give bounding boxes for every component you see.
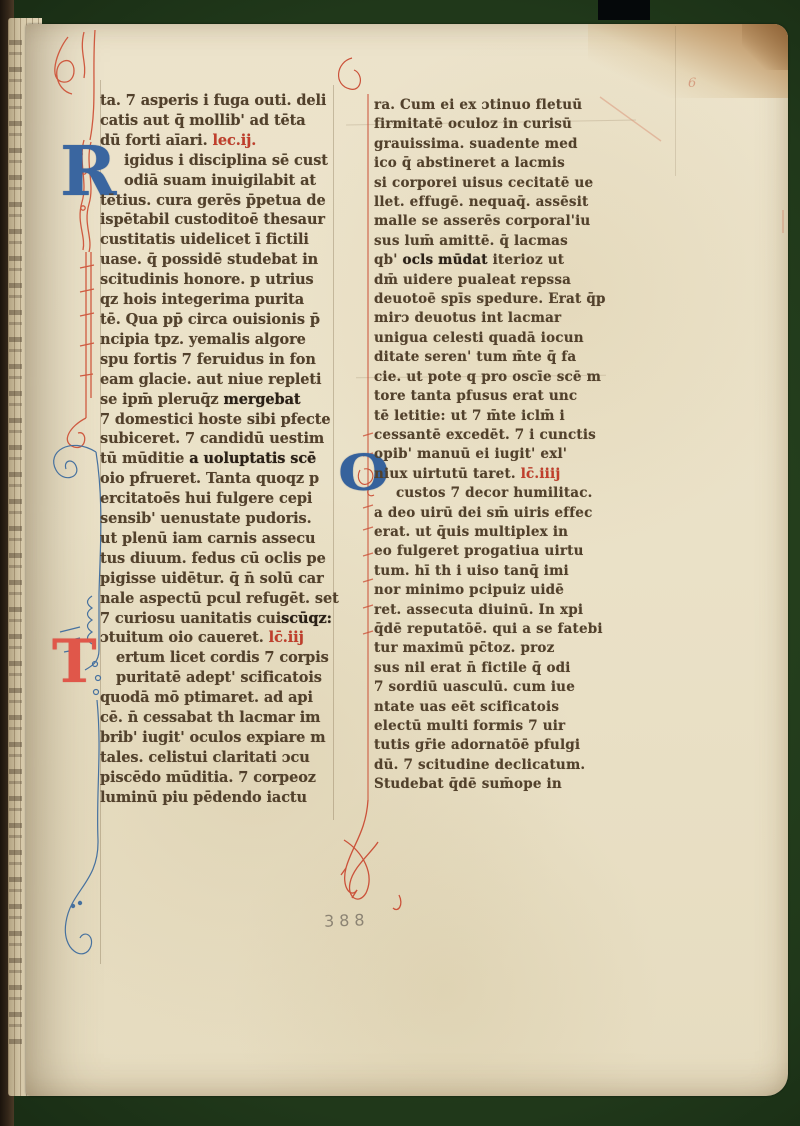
text-line: niux uirtutū taret. lc̄.iiij	[374, 465, 618, 484]
text-line: custos 7 decor humilitac.	[374, 484, 618, 503]
text-line: tētius. cura gerēs p̄petua de	[100, 191, 336, 211]
text-line: sus lum̄ amittē. q̄ lacmas	[374, 232, 618, 251]
text-line: deuotoē spīs spedure. Erat q̄p	[374, 290, 618, 309]
text-segment: tē. Qua pp̄ circa ouisionis p̄	[100, 311, 320, 328]
text-line: pigisse uidētur. q̄ n̄ solū car	[100, 569, 336, 589]
text-segment: nale aspectū pcul refugēt. set	[100, 590, 339, 607]
text-segment: electū multi formis 7 uir	[374, 718, 565, 734]
underlying-page-text-edges	[9, 40, 22, 1050]
text-line: se ipm̄ pleruq̄z mergebat	[100, 390, 336, 410]
text-line: ditate seren' tum m̄te q̄ fa	[374, 348, 618, 367]
text-segment: brib' iugit' oculos expiare m	[100, 729, 326, 746]
text-segment: a uoluptatis scē	[189, 450, 316, 467]
text-segment: ɔtuitum oio caueret.	[100, 629, 269, 646]
text-segment: deuotoē spīs spedure. Erat q̄p	[374, 291, 606, 307]
text-segment: tore tanta pfusus erat unc	[374, 388, 577, 404]
text-segment: cie. ut pote q pro oscīe scē m	[374, 369, 601, 385]
text-segment: subiceret. 7 candidū uestim	[100, 430, 324, 447]
text-line: catis aut q̄ mollib' ad tēta	[100, 111, 336, 131]
text-segment: custos 7 decor humilitac.	[396, 485, 593, 501]
text-line: subiceret. 7 candidū uestim	[100, 429, 336, 449]
text-segment: firmitatē oculoz in curisū	[374, 116, 572, 132]
text-line: tore tanta pfusus erat unc	[374, 387, 618, 406]
text-segment: ditate seren' tum m̄te q̄ fa	[374, 349, 576, 365]
text-segment: pigisse uidētur. q̄ n̄ solū car	[100, 570, 324, 587]
text-line: ɔtuitum oio caueret. lc̄.iij	[100, 628, 336, 648]
text-segment: oio pfrueret. Tanta quoqz p	[100, 470, 319, 487]
text-line: q̄dē reputatōē. qui a se fatebi	[374, 620, 618, 639]
text-segment: ocls mūdat	[403, 252, 488, 268]
text-line: si corporei uisus cecitatē ue	[374, 174, 618, 193]
text-line: llet. effugē. nequaq̄. assēsit	[374, 193, 618, 212]
text-segment: opib' manuū ei iugit' exl'	[374, 446, 567, 462]
text-line: 7 domestici hoste sibi pfecte	[100, 410, 336, 430]
text-segment: llet. effugē. nequaq̄. assēsit	[374, 194, 588, 210]
text-line: oio pfrueret. Tanta quoqz p	[100, 469, 336, 489]
text-segment: Studebat q̄dē sum̄ope in	[374, 776, 562, 792]
text-segment: uase. q̄ possidē studebat in	[100, 251, 318, 268]
text-segment: iterioz ut	[488, 252, 565, 268]
text-segment: dm̄ uidere pualeat repssa	[374, 272, 571, 288]
text-line: ntate uas eēt scificatois	[374, 698, 618, 717]
text-line: spu fortis 7 feruidus in fon	[100, 350, 336, 370]
text-segment: q̄dē reputatōē. qui a se fatebi	[374, 621, 603, 637]
folio-number: 388	[324, 910, 370, 931]
text-line: puritatē adept' scificatois	[100, 668, 336, 688]
text-segment: dū forti aīari.	[100, 132, 212, 149]
rubric-label: lec.ij.	[212, 132, 256, 149]
text-line: opib' manuū ei iugit' exl'	[374, 445, 618, 464]
text-segment: ercitatoēs hui fulgere cepi	[100, 490, 312, 507]
text-segment: puritatē adept' scificatois	[116, 669, 322, 686]
marginal-mark: 6	[688, 76, 696, 91]
text-line: grauissima. suadente med	[374, 135, 618, 154]
text-line: ut plenū iam carnis assecu	[100, 529, 336, 549]
text-line: scitudinis honore. p utrius	[100, 270, 336, 290]
text-segment: dū. 7 scitudine declicatum.	[374, 757, 585, 773]
text-line: piscēdo mūditia. 7 corpeoz	[100, 768, 336, 788]
text-line: mirɔ deuotus int lacmar	[374, 309, 618, 328]
text-segment: ret. assecuta diuinū. In xpi	[374, 602, 583, 618]
text-line: dm̄ uidere pualeat repssa	[374, 271, 618, 290]
text-segment: tē letitie: ut 7 m̄te iclm̄ i	[374, 408, 565, 424]
text-segment: tales. celistui claritati ɔcu	[100, 749, 310, 766]
text-segment: ncipia tpz. yemalis algore	[100, 331, 306, 348]
text-line: tutis gr̄ie adornatōē pfulgi	[374, 736, 618, 755]
text-line: unigua celesti quadā iocun	[374, 329, 618, 348]
text-line: ra. Cum ei ex ɔtinuo fletuū	[374, 96, 618, 115]
text-line: tū mūditie a uoluptatis scē	[100, 449, 336, 469]
text-segment: tētius. cura gerēs p̄petua de	[100, 192, 326, 209]
ruling-line-right	[675, 26, 676, 176]
text-line: 7 sordiū uasculū. cum iue	[374, 678, 618, 697]
text-segment: sensib' uenustate pudoris.	[100, 510, 312, 527]
text-line: tē. Qua pp̄ circa ouisionis p̄	[100, 310, 336, 330]
text-segment: odiā suam inuigilabit at	[124, 172, 316, 189]
text-segment: tutis gr̄ie adornatōē pfulgi	[374, 737, 580, 753]
text-segment: ut plenū iam carnis assecu	[100, 530, 315, 547]
text-line: 7 curiosu uanitatis cuiscūqz:	[100, 609, 336, 629]
text-segment: piscēdo mūditia. 7 corpeoz	[100, 769, 316, 786]
text-segment: eam glacie. aut niue repleti	[100, 371, 321, 388]
text-line: erat. ut q̄uis multiplex in	[374, 523, 618, 542]
text-segment: unigua celesti quadā iocun	[374, 330, 584, 346]
text-line: uase. q̄ possidē studebat in	[100, 250, 336, 270]
text-line: custitatis uidelicet ī fictili	[100, 230, 336, 250]
text-line: cē. n̄ cessabat th lacmar im	[100, 708, 336, 728]
text-segment: spu fortis 7 feruidus in fon	[100, 351, 316, 368]
text-segment: 7 sordiū uasculū. cum iue	[374, 679, 575, 695]
text-segment: a deo uirū dei sm̄ uiris effec	[374, 505, 593, 521]
text-segment: luminū piu pēdendo iactu	[100, 789, 307, 806]
right-text-column: ra. Cum ei ex ɔtinuo fletuūfirmitatē o…	[374, 96, 618, 795]
text-segment: sus lum̄ amittē. q̄ lacmas	[374, 233, 568, 249]
text-segment: tur maximū pc̄toz. proz	[374, 640, 554, 656]
text-line: qz hois integerima purita	[100, 290, 336, 310]
text-line: ta. 7 asperis i fuga outi. deli	[100, 91, 336, 111]
text-segment: ertum licet cordis 7 corpis	[116, 649, 329, 666]
text-segment: igidus i disciplina sē cust	[124, 152, 328, 169]
text-line: a deo uirū dei sm̄ uiris effec	[374, 504, 618, 523]
text-segment: niux uirtutū taret.	[374, 466, 521, 482]
text-segment: catis aut q̄ mollib' ad tēta	[100, 112, 306, 129]
corner-stain-dark	[742, 24, 788, 70]
text-segment: erat. ut q̄uis multiplex in	[374, 524, 568, 540]
text-line: ispētabil custoditoē thesaur	[100, 210, 336, 230]
text-segment: si corporei uisus cecitatē ue	[374, 175, 593, 191]
text-line: sensib' uenustate pudoris.	[100, 509, 336, 529]
text-line: tum. hī th i uiso tanq̄ imi	[374, 562, 618, 581]
text-segment: se ipm̄ pleruq̄z	[100, 391, 223, 408]
text-line: firmitatē oculoz in curisū	[374, 115, 618, 134]
text-segment: mergebat	[223, 391, 300, 408]
text-line: igidus i disciplina sē cust	[100, 151, 336, 171]
text-segment: 7 domestici hoste sibi pfecte	[100, 411, 330, 428]
text-segment: quodā mō ptimaret. ad api	[100, 689, 313, 706]
initial-t: T	[52, 632, 97, 692]
text-segment: scūqz:	[281, 610, 332, 627]
text-segment: qb'	[374, 252, 403, 268]
text-segment: ra. Cum ei ex ɔtinuo fletuū	[374, 97, 582, 113]
text-segment: ico q̄ abstineret a lacmis	[374, 155, 565, 171]
text-segment: ta. 7 asperis i fuga outi. deli	[100, 92, 326, 109]
background-shadow-notch	[598, 0, 650, 20]
text-line: dū. 7 scitudine declicatum.	[374, 756, 618, 775]
text-line: qb' ocls mūdat iterioz ut	[374, 251, 618, 270]
text-line: tur maximū pc̄toz. proz	[374, 639, 618, 658]
text-line: nor minimo pcipuiz uidē	[374, 581, 618, 600]
text-line: tē letitie: ut 7 m̄te iclm̄ i	[374, 407, 618, 426]
rubric-label: lc̄.iij	[269, 629, 304, 646]
text-line: nale aspectū pcul refugēt. set	[100, 589, 336, 609]
text-line: cessantē excedēt. 7 i cunctis	[374, 426, 618, 445]
text-line: quodā mō ptimaret. ad api	[100, 688, 336, 708]
left-text-column: ta. 7 asperis i fuga outi. delicatis aut…	[100, 91, 336, 808]
text-segment: scitudinis honore. p utrius	[100, 271, 314, 288]
text-segment: grauissima. suadente med	[374, 136, 578, 152]
text-line: cie. ut pote q pro oscīe scē m	[374, 368, 618, 387]
text-line: eo fulgeret progatiua uirtu	[374, 542, 618, 561]
text-line: ret. assecuta diuinū. In xpi	[374, 601, 618, 620]
rubric-label: lc̄.iiij	[521, 466, 561, 482]
text-line: malle se asserēs corporal'iu	[374, 212, 618, 231]
text-line: tales. celistui claritati ɔcu	[100, 748, 336, 768]
text-line: sus nil erat n̄ fictile q̄ odi	[374, 659, 618, 678]
text-segment: qz hois integerima purita	[100, 291, 304, 308]
text-line: ertum licet cordis 7 corpis	[100, 648, 336, 668]
text-line: dū forti aīari. lec.ij.	[100, 131, 336, 151]
text-line: tus diuum. fedus cū oclis pe	[100, 549, 336, 569]
text-segment: tum. hī th i uiso tanq̄ imi	[374, 563, 569, 579]
text-segment: sus nil erat n̄ fictile q̄ odi	[374, 660, 571, 676]
text-line: luminū piu pēdendo iactu	[100, 788, 336, 808]
text-line: brib' iugit' oculos expiare m	[100, 728, 336, 748]
text-segment: cessantē excedēt. 7 i cunctis	[374, 427, 596, 443]
text-line: ncipia tpz. yemalis algore	[100, 330, 336, 350]
text-segment: eo fulgeret progatiua uirtu	[374, 543, 584, 559]
text-line: ercitatoēs hui fulgere cepi	[100, 489, 336, 509]
text-segment: nor minimo pcipuiz uidē	[374, 582, 564, 598]
text-segment: tus diuum. fedus cū oclis pe	[100, 550, 326, 567]
text-segment: ispētabil custoditoē thesaur	[100, 211, 325, 228]
text-line: Studebat q̄dē sum̄ope in	[374, 775, 618, 794]
text-line: eam glacie. aut niue repleti	[100, 370, 336, 390]
text-segment: custitatis uidelicet ī fictili	[100, 231, 309, 248]
text-segment: tū mūditie	[100, 450, 189, 467]
photograph-scene: R T O ta. 7 asperis i fuga outi. delicat…	[0, 0, 800, 1126]
text-line: odiā suam inuigilabit at	[100, 171, 336, 191]
text-line: ico q̄ abstineret a lacmis	[374, 154, 618, 173]
text-segment: cē. n̄ cessabat th lacmar im	[100, 709, 320, 726]
text-segment: 7 curiosu uanitatis cui	[100, 610, 281, 627]
text-line: electū multi formis 7 uir	[374, 717, 618, 736]
text-segment: ntate uas eēt scificatois	[374, 699, 559, 715]
text-segment: malle se asserēs corporal'iu	[374, 213, 590, 229]
text-segment: mirɔ deuotus int lacmar	[374, 310, 561, 326]
